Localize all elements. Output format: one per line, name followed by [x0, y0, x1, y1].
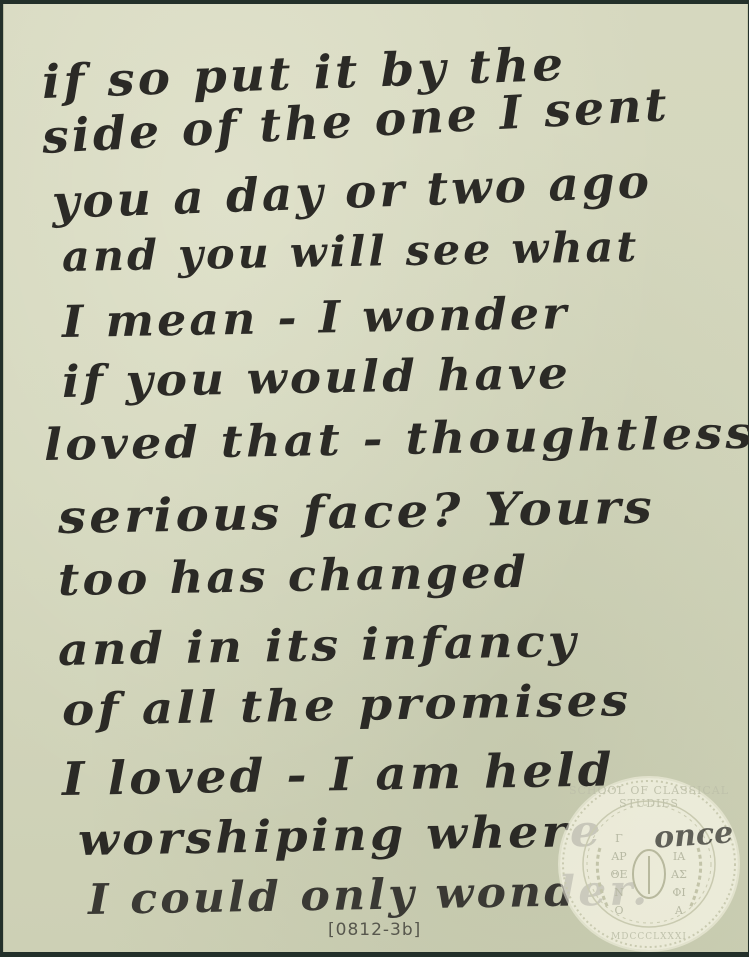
seal-letter: ΑΣ [664, 866, 694, 884]
seal-letter [634, 866, 664, 884]
seal-letter: Ν [604, 884, 634, 902]
letter-line: you a day or two ago [51, 154, 653, 229]
seal-top-text: SCHOOL OF CLASSICAL STUDIES [560, 784, 738, 810]
letter-line: I loved - I am held [62, 742, 616, 806]
seal-letter: ΑΡ [604, 848, 634, 866]
letter-line: loved that - thoughtless [44, 408, 749, 471]
letter-line: and you will see what [62, 222, 640, 281]
seal-letter [634, 902, 664, 920]
letter-line: too has changed [58, 547, 530, 606]
seal-letter: Ο [604, 902, 634, 920]
interlinear-insert: once [653, 815, 734, 855]
letter-line: and in its infancy [58, 616, 580, 676]
letter-line: I mean - I wonder [62, 288, 570, 348]
letter-line: serious face? Yours [58, 480, 656, 544]
letter-line: if you would have [62, 348, 572, 408]
scan-frame: if so put it by the side of the one I se… [0, 0, 749, 957]
seal-letter: ΘΕ [604, 866, 634, 884]
archive-reference-label: [0812-3b] [328, 920, 421, 940]
letter-line: worshiping where [78, 806, 604, 866]
seal-letter [634, 884, 664, 902]
institution-seal-stamp: SCHOOL OF CLASSICAL STUDIES MDCCCLXXXI Γ… [560, 778, 738, 950]
seal-letter: Γ [604, 830, 634, 848]
seal-bottom-text: MDCCCLXXXI [560, 932, 738, 942]
letter-line: of all the promises [62, 675, 632, 736]
seal-letter: ΦΙ [664, 884, 694, 902]
seal-letter: Α [664, 902, 694, 920]
